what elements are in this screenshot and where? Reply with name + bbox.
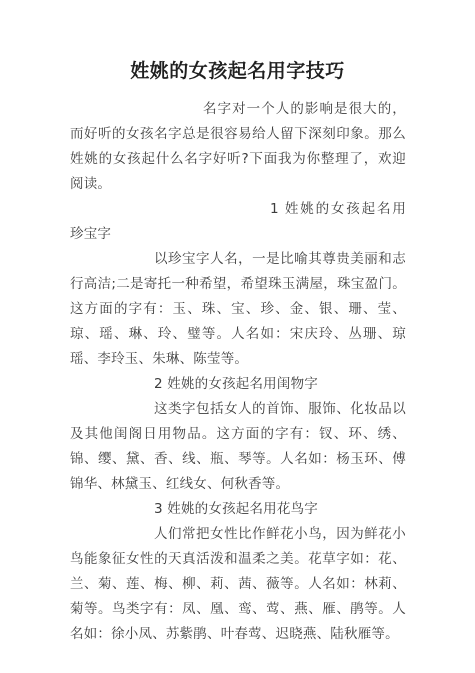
document-page: 姓姚的女孩起名用字技巧 名字对一个人的影响是很大的，而好听的女孩名字总是很容易给… [0, 0, 475, 673]
section-2-paragraph: 这类字包括女人的首饰、服饰、化妆品以及其他闺阁日用物品。这方面的字有：钗、环、绣… [70, 397, 406, 497]
section-heading-3: 3 姓姚的女孩起名用花鸟字 [70, 497, 406, 522]
section-1-paragraph: 以珍宝字人名，一是比喻其尊贵美丽和志行高洁;二是寄托一种希望，希望珠玉满屋，珠宝… [70, 247, 406, 372]
page-title: 姓姚的女孩起名用字技巧 [0, 56, 475, 83]
section-heading-1: 1 姓姚的女孩起名用珍宝字 [70, 197, 406, 247]
intro-paragraph: 名字对一个人的影响是很大的，而好听的女孩名字总是很容易给人留下深刻印象。那么姓姚… [70, 97, 406, 197]
document-body: 名字对一个人的影响是很大的，而好听的女孩名字总是很容易给人留下深刻印象。那么姓姚… [70, 97, 406, 647]
section-3-paragraph: 人们常把女性比作鲜花小鸟，因为鲜花小鸟能象征女性的天真活泼和温柔之美。花草字如：… [70, 522, 406, 647]
section-heading-2: 2 姓姚的女孩起名用闺物字 [70, 372, 406, 397]
